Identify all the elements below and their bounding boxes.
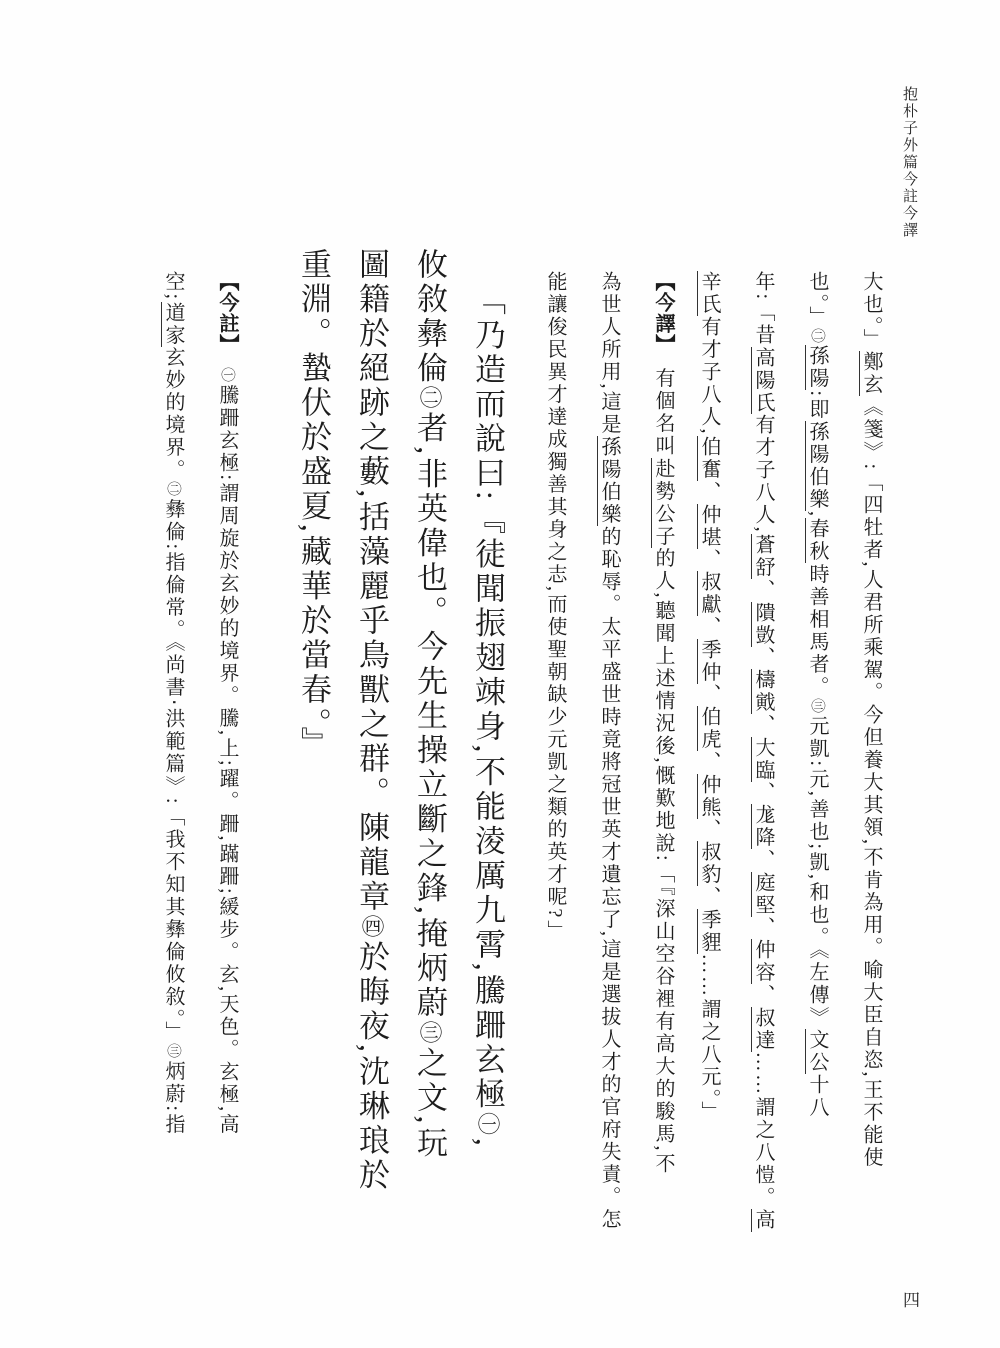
proper-noun-mark: 隤敳 — [751, 602, 774, 647]
book-page: 抱朴子外篇今註今譯 大也。」鄭玄《箋》:「四牡者,人君所乘駕。今但養大其領,不肯… — [0, 0, 1000, 1348]
text-segment: 、 — [698, 751, 720, 774]
note-number-icon: ㊂ — [417, 1021, 442, 1047]
proper-noun-mark: 仲熊 — [697, 774, 720, 819]
text-segment: 「乃造而說曰:『徒聞振翅竦身,不能淩厲九霄,騰跚玄極 — [470, 284, 505, 1112]
proper-noun-mark: 蒼舒 — [751, 534, 774, 579]
proper-noun-mark: 伯虎 — [697, 706, 720, 751]
proper-noun-mark: 孫陽伯樂 — [805, 421, 828, 511]
text-segment: 為世人所用,這是 — [598, 271, 620, 436]
text-segment: 、 — [698, 886, 720, 909]
page-number: 四 — [903, 1286, 920, 1311]
proper-noun-mark: 辛氏 — [697, 271, 720, 316]
text-segment: 、 — [698, 481, 720, 504]
proper-noun-mark: 尨降 — [751, 804, 774, 849]
text-segment: 的恥辱。太平盛世時竟將冠世英才遺忘了,這是選拔人才的官府失責。怎 — [598, 526, 620, 1231]
proper-noun-mark: 叔豹 — [697, 841, 720, 886]
text-segment: :即 — [806, 390, 828, 421]
proper-noun-mark: 高 — [751, 1209, 774, 1232]
text-segment: 大也。」 — [860, 271, 882, 351]
text-segment: 圖籍於絕跡之藪,括藻麗乎鳥獸之群。陳龍章 — [354, 248, 389, 915]
text-segment: 、 — [752, 782, 774, 805]
text-column: 能讓俊民異才達成獨善其身之志,而使聖朝缺少元凱之類的英才呢?」 — [528, 248, 582, 1318]
proper-noun-mark: 春秋 — [805, 518, 828, 563]
text-column: 「乃造而說曰:『徒聞振翅竦身,不能淩厲九霄,騰跚玄極㊀, — [458, 248, 516, 1318]
note-number-icon: ㊁ — [809, 329, 825, 346]
text-column: 為世人所用,這是孫陽伯樂的恥辱。太平盛世時竟將冠世英才遺忘了,這是選拔人才的官府… — [582, 248, 636, 1318]
text-segment: 年:「昔 — [752, 271, 774, 347]
text-segment: 的人,聽聞上述情況後,慨歎地說:「『深山空谷裡有高大的駿馬,不 — [652, 548, 674, 1176]
text-segment: 、 — [698, 549, 720, 572]
section-header: 【今註】 — [216, 271, 238, 345]
text-segment: 於晦夜,沈琳琅於 — [354, 941, 389, 1194]
text-column: 大也。」鄭玄《箋》:「四牡者,人君所乘駕。今但養大其領,不肯為用。喻大臣自恣,王… — [844, 248, 898, 1318]
text-column: 辛氏有才子八人,伯奮、仲堪、叔獻、季仲、伯虎、仲熊、叔豹、季貍……謂之八元。」 — [682, 248, 736, 1318]
text-column: 重淵。蟄伏於盛夏,藏華於當春。』 — [284, 248, 342, 1318]
text-segment: 元凱:元,善也;凱,和也。《左傳》 — [806, 715, 828, 1029]
proper-noun-mark: 仲堪 — [697, 504, 720, 549]
text-column: 【今註】 ㊀騰跚玄極:謂周旋於玄妙的境界。騰,上;躍。跚,蹣跚;緩步。玄,天色。… — [200, 248, 254, 1318]
text-segment: 炳蔚:指 — [162, 1060, 184, 1136]
text-segment: 十八 — [806, 1074, 828, 1119]
section-header: 【今譯】 — [652, 271, 674, 345]
note-number-icon: ㊁ — [165, 482, 181, 499]
text-column: 年:「昔高陽氏有才子八人,蒼舒、隤敳、檮戭、大臨、尨降、庭堅、仲容、叔達……謂之… — [736, 248, 790, 1318]
text-segment: 騰跚玄極:謂周旋於玄妙的境界。騰,上;躍。跚,蹣跚;緩步。玄,天色。玄極,高 — [216, 384, 238, 1136]
text-segment: ……謂之八元。」 — [698, 954, 720, 1124]
proper-noun-mark: 高陽氏 — [751, 347, 774, 415]
text-segment: 之文,玩 — [412, 1047, 447, 1162]
proper-noun-mark: 赴勢公子 — [651, 458, 674, 548]
text-segment: , — [470, 1138, 505, 1149]
text-segment: 、 — [752, 849, 774, 872]
text-segment — [216, 345, 238, 368]
proper-noun-mark: 庭堅 — [751, 872, 774, 917]
text-column: 攸敘彝倫㊁者,非英偉也。今先生操立斷之鋒,掩炳蔚㊂之文,玩 — [400, 248, 458, 1318]
note-number-icon: ㊂ — [809, 698, 825, 715]
note-number-icon: ㊃ — [359, 915, 384, 941]
text-segment: 有個名叫 — [652, 345, 674, 458]
running-title: 抱朴子外篇今註今譯 — [899, 86, 920, 239]
text-segment: 、 — [752, 984, 774, 1007]
proper-noun-mark: 鄭玄 — [859, 351, 882, 396]
text-block: 大也。」鄭玄《箋》:「四牡者,人君所乘駕。今但養大其領,不肯為用。喻大臣自恣,王… — [146, 248, 898, 1318]
text-column: 也。」㊁孫陽:即孫陽伯樂,春秋時善相馬者。㊂元凱:元,善也;凱,和也。《左傳》文… — [790, 248, 844, 1318]
text-segment: 、 — [752, 714, 774, 737]
note-number-icon: ㊂ — [165, 1043, 181, 1060]
proper-noun-mark: 季貍 — [697, 909, 720, 954]
text-segment: 、 — [752, 579, 774, 602]
text-segment: 、 — [752, 917, 774, 940]
proper-noun-mark: 檮戭 — [751, 669, 774, 714]
proper-noun-mark: 道家 — [161, 302, 184, 347]
text-segment: 、 — [698, 819, 720, 842]
text-segment: 、 — [698, 616, 720, 639]
proper-noun-mark: 叔獻 — [697, 571, 720, 616]
note-number-icon: ㊀ — [475, 1112, 500, 1138]
text-segment: 有才子八人, — [698, 316, 720, 436]
proper-noun-mark: 文公 — [805, 1029, 828, 1074]
text-segment: 《箋》:「四牡者,人君所乘駕。今但養大其領,不肯為用。喻大臣自恣,王不能使 — [860, 396, 882, 1169]
proper-noun-mark: 孫陽 — [805, 345, 828, 390]
note-number-icon: ㊀ — [219, 368, 235, 385]
text-segment: 空; — [162, 271, 184, 302]
proper-noun-mark: 季仲 — [697, 639, 720, 684]
text-segment: 、 — [698, 684, 720, 707]
text-column: 【今譯】 有個名叫赴勢公子的人,聽聞上述情況後,慨歎地說:「『深山空谷裡有高大的… — [636, 248, 690, 1318]
text-segment: 、 — [752, 647, 774, 670]
text-segment: 者,非英偉也。今先生操立斷之鋒,掩炳蔚 — [412, 412, 447, 1021]
text-segment: 時善相馬者。 — [806, 563, 828, 698]
text-segment: 能讓俊民異才達成獨善其身之志,而使聖朝缺少元凱之類的英才呢?」 — [544, 271, 566, 942]
proper-noun-mark: 大臨 — [751, 737, 774, 782]
text-segment: 有才子八人, — [752, 414, 774, 534]
text-segment: 玄妙的境界。 — [162, 347, 184, 482]
text-column: 圖籍於絕跡之藪,括藻麗乎鳥獸之群。陳龍章㊃於晦夜,沈琳琅於 — [342, 248, 400, 1318]
proper-noun-mark: 仲容 — [751, 939, 774, 984]
note-number-icon: ㊁ — [417, 386, 442, 412]
text-segment: 彝倫:指倫常。《尚書‧洪範篇》:「我不知其彝倫攸敘。」 — [162, 498, 184, 1043]
text-segment: 重淵。蟄伏於盛夏,藏華於當春。』 — [296, 248, 331, 761]
text-segment: 攸敘彝倫 — [412, 248, 447, 386]
proper-noun-mark: 伯奮 — [697, 436, 720, 481]
text-column: 空;道家玄妙的境界。㊁彝倫:指倫常。《尚書‧洪範篇》:「我不知其彝倫攸敘。」㊂炳… — [146, 248, 200, 1318]
text-segment: ……謂之八愷。 — [752, 1052, 774, 1210]
proper-noun-mark: 叔達 — [751, 1007, 774, 1052]
proper-noun-mark: 孫陽伯樂 — [597, 436, 620, 526]
text-segment: 也。」 — [806, 271, 828, 329]
